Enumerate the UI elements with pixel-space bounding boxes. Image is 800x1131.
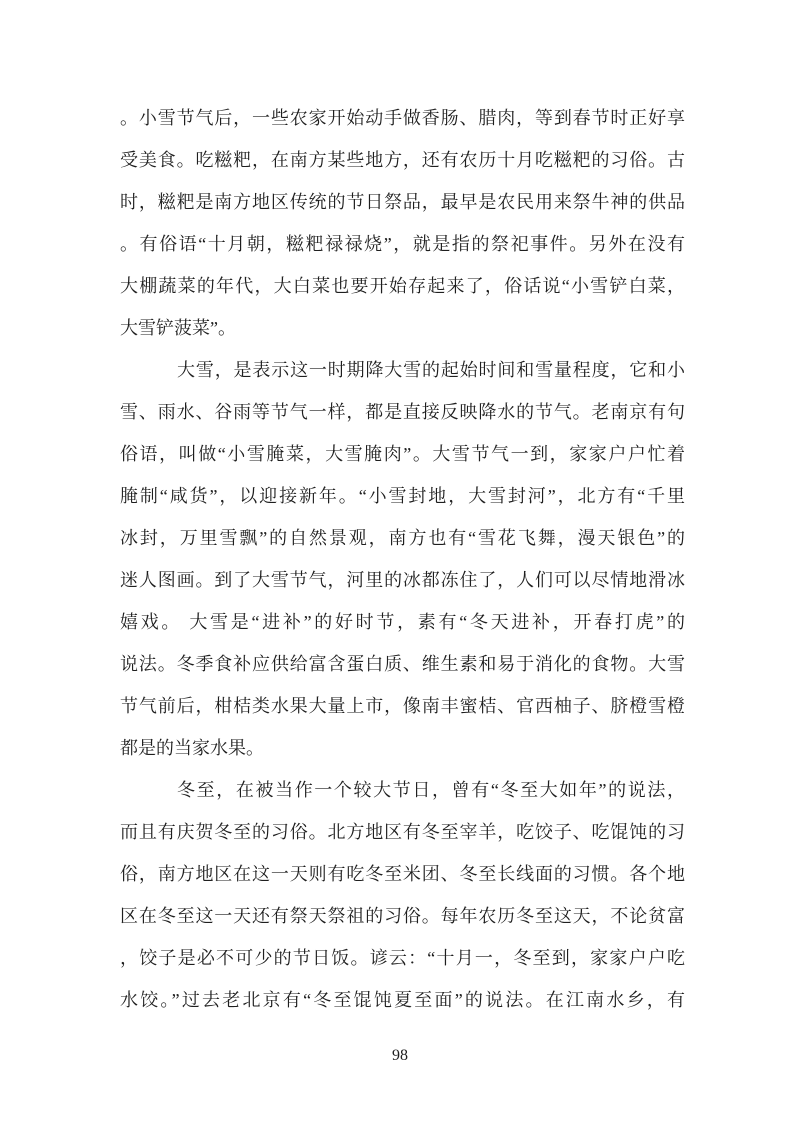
text-line: 水饺。”过去老北京有“冬至馄饨夏至面”的说法。在江南水乡，有: [120, 979, 685, 1021]
text-line: 而且有庆贺冬至的习俗。北方地区有冬至宰羊，吃饺子、吃馄饨的习: [120, 811, 685, 853]
text-line: 节气前后，柑桔类水果大量上市，像南丰蜜桔、官西柚子、脐橙雪橙: [120, 685, 685, 727]
text-line: 俗，南方地区在这一天则有吃冬至米团、冬至长线面的习惯。各个地: [120, 853, 685, 895]
text-line: 受美食。吃糍粑，在南方某些地方，还有农历十月吃糍粑的习俗。古: [120, 139, 685, 181]
text-line: 冬至，在被当作一个较大节日，曾有“冬至大如年”的说法，: [120, 769, 685, 811]
page-number: 98: [0, 1046, 800, 1066]
document-body: 。小雪节气后，一些农家开始动手做香肠、腊肉，等到春节时正好享 受美食。吃糍粑，在…: [120, 97, 685, 1021]
text-line: ，饺子是必不可少的节日饭。谚云：“十月一，冬至到，家家户户吃: [120, 937, 685, 979]
text-line: 说法。冬季食补应供给富含蛋白质、维生素和易于消化的食物。大雪: [120, 643, 685, 685]
paragraph-dongzhi: 冬至，在被当作一个较大节日，曾有“冬至大如年”的说法， 而且有庆贺冬至的习俗。北…: [120, 769, 685, 1021]
text-line: 大雪，是表示这一时期降大雪的起始时间和雪量程度，它和小: [120, 349, 685, 391]
text-line: 雪、雨水、谷雨等节气一样，都是直接反映降水的节气。老南京有句: [120, 391, 685, 433]
paragraph-daxue: 大雪，是表示这一时期降大雪的起始时间和雪量程度，它和小 雪、雨水、谷雨等节气一样…: [120, 349, 685, 769]
paragraph-xiaoxue: 。小雪节气后，一些农家开始动手做香肠、腊肉，等到春节时正好享 受美食。吃糍粑，在…: [120, 97, 685, 349]
text-line: 都是的当家水果。: [120, 727, 685, 769]
text-line: 俗语，叫做“小雪腌菜，大雪腌肉”。大雪节气一到，家家户户忙着: [120, 433, 685, 475]
text-line: 迷人图画。到了大雪节气，河里的冰都冻住了，人们可以尽情地滑冰: [120, 559, 685, 601]
text-line: 。有俗语“十月朝，糍粑禄禄烧”，就是指的祭祀事件。另外在没有: [120, 223, 685, 265]
text-line: 大雪铲菠菜”。: [120, 307, 685, 349]
text-line: 。小雪节气后，一些农家开始动手做香肠、腊肉，等到春节时正好享: [120, 97, 685, 139]
text-line: 冰封，万里雪飘”的自然景观，南方也有“雪花飞舞，漫天银色”的: [120, 517, 685, 559]
text-line: 区在冬至这一天还有祭天祭祖的习俗。每年农历冬至这天，不论贫富: [120, 895, 685, 937]
text-line: 嬉戏。 大雪是“进补”的好时节，素有“冬天进补，开春打虎”的: [120, 601, 685, 643]
text-line: 时，糍粑是南方地区传统的节日祭品，最早是农民用来祭牛神的供品: [120, 181, 685, 223]
text-line: 大棚蔬菜的年代，大白菜也要开始存起来了，俗话说“小雪铲白菜，: [120, 265, 685, 307]
document-page: 。小雪节气后，一些农家开始动手做香肠、腊肉，等到春节时正好享 受美食。吃糍粑，在…: [0, 0, 800, 1131]
text-line: 腌制“咸货”，以迎接新年。“小雪封地，大雪封河”，北方有“千里: [120, 475, 685, 517]
